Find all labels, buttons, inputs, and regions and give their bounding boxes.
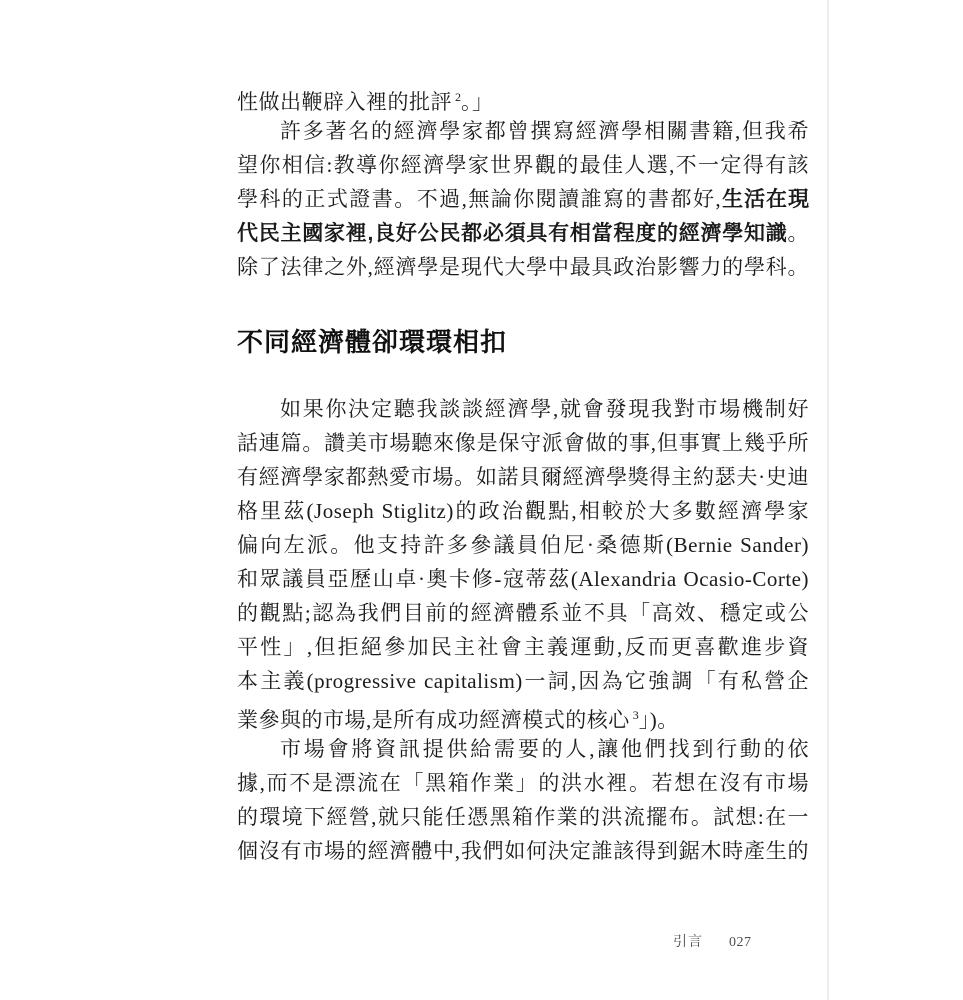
text-segment: 望你相信:教導你經濟學家世界觀的最佳人選,不一定得有該	[237, 153, 809, 177]
text-segment: 。	[788, 221, 810, 245]
text-segment: 據,而不是漂流在「黑箱作業」的洪水裡。若想在沒有市場	[237, 771, 809, 795]
paragraph: 市場會將資訊提供給需要的人,讓他們找到行動的依據,而不是漂流在「黑箱作業」的洪水…	[237, 732, 809, 868]
text-segment: 市場會將資訊提供給需要的人,讓他們找到行動的依	[280, 737, 809, 761]
text-line: 除了法律之外,經濟學是現代大學中最具政治影響力的學科。	[237, 250, 809, 284]
text-line: 學科的正式證書。不過,無論你閱讀誰寫的書都好,生活在現	[237, 182, 809, 216]
text-segment: 許多著名的經濟學家都曾撰寫經濟學相關書籍,但我希	[280, 119, 809, 143]
text-segment: 話連篇。讚美市場聽來像是保守派會做的事,但事實上幾乎所	[237, 431, 809, 455]
text-line: 本主義(progressive capitalism)一詞,因為它強調「有私營企	[237, 664, 809, 698]
text-segment: 除了法律之外,經濟學是現代大學中最具政治影響力的學科。	[237, 255, 809, 279]
text-line: 話連篇。讚美市場聽來像是保守派會做的事,但事實上幾乎所	[237, 426, 809, 460]
text-line: 的觀點;認為我們目前的經濟體系並不具「高效、穩定或公	[237, 596, 809, 630]
emphasis-text: 代民主國家裡,良好公民都必須具有相當程度的經濟學知識	[237, 222, 788, 245]
text-segment: 的觀點;認為我們目前的經濟體系並不具「高效、穩定或公	[237, 601, 809, 625]
text-line: 代民主國家裡,良好公民都必須具有相當程度的經濟學知識。	[237, 216, 809, 250]
text-segment: 格里茲(Joseph Stiglitz)的政治觀點,相較於大多數經濟學家	[237, 499, 809, 523]
text-segment: 」)。	[639, 708, 679, 732]
text-line: 有經濟學家都熱愛市場。如諾貝爾經濟學獎得主約瑟夫·史迪	[237, 460, 809, 494]
text-line: 市場會將資訊提供給需要的人,讓他們找到行動的依	[237, 732, 809, 766]
text-line: 如果你決定聽我談談經濟學,就會發現我對市場機制好	[237, 392, 809, 426]
text-line: 的環境下經營,就只能任憑黑箱作業的洪流擺布。試想:在一	[237, 800, 809, 834]
text-segment: 學科的正式證書。不過,無論你閱讀誰寫的書都好,	[237, 187, 721, 211]
text-line: 平性」,但拒絕參加民主社會主義運動,反而更喜歡進步資	[237, 630, 809, 664]
text-segment: 。」	[461, 90, 494, 114]
footer-page-number: 027	[729, 935, 752, 951]
text-line: 偏向左派。他支持許多參議員伯尼·桑德斯(Bernie Sander)	[237, 528, 809, 562]
text-segment: 個沒有市場的經濟體中,我們如何決定誰該得到鋸木時產生的	[237, 839, 809, 863]
footer: 引言 027	[673, 931, 752, 951]
emphasis-text: 生活在現	[721, 188, 809, 211]
text-segment: 如果你決定聽我談談經濟學,就會發現我對市場機制好	[280, 397, 809, 421]
text-segment: 的環境下經營,就只能任憑黑箱作業的洪流擺布。試想:在一	[237, 805, 809, 829]
text-line: 許多著名的經濟學家都曾撰寫經濟學相關書籍,但我希	[237, 114, 809, 148]
paragraph: 如果你決定聽我談談經濟學,就會發現我對市場機制好話連篇。讚美市場聽來像是保守派會…	[237, 392, 809, 732]
text-segment: 業參與的市場,是所有成功經濟模式的核心	[237, 708, 630, 732]
text-line: 業參與的市場,是所有成功經濟模式的核心3」)。	[237, 698, 809, 732]
text-line: 性做出鞭辟入裡的批評2。」	[237, 80, 809, 114]
text-line: 格里茲(Joseph Stiglitz)的政治觀點,相較於大多數經濟學家	[237, 494, 809, 528]
text-segment: 偏向左派。他支持許多參議員伯尼·桑德斯(Bernie Sander)	[237, 533, 809, 557]
text-segment: 性做出鞭辟入裡的批評	[237, 90, 452, 114]
text-line: 和眾議員亞歷山卓·奧卡修-寇蒂茲(Alexandria Ocasio-Corte…	[237, 562, 809, 596]
text-line: 望你相信:教導你經濟學家世界觀的最佳人選,不一定得有該	[237, 148, 809, 182]
book-page: 性做出鞭辟入裡的批評2。」許多著名的經濟學家都曾撰寫經濟學相關書籍,但我希望你相…	[0, 0, 963, 1000]
text-segment: 本主義(progressive capitalism)一詞,因為它強調「有私營企	[237, 669, 809, 693]
text-segment: 有經濟學家都熱愛市場。如諾貝爾經濟學獎得主約瑟夫·史迪	[237, 465, 809, 489]
footer-section-label: 引言	[673, 931, 703, 951]
content: 性做出鞭辟入裡的批評2。」許多著名的經濟學家都曾撰寫經濟學相關書籍,但我希望你相…	[237, 80, 809, 868]
text-line: 個沒有市場的經濟體中,我們如何決定誰該得到鋸木時產生的	[237, 834, 809, 868]
text-segment: 和眾議員亞歷山卓·奧卡修-寇蒂茲(Alexandria Ocasio-Corte…	[237, 567, 809, 591]
paragraph: 許多著名的經濟學家都曾撰寫經濟學相關書籍,但我希望你相信:教導你經濟學家世界觀的…	[237, 114, 809, 284]
page-edge-line	[827, 0, 829, 1000]
text-line: 據,而不是漂流在「黑箱作業」的洪水裡。若想在沒有市場	[237, 766, 809, 800]
text-segment: 平性」,但拒絕參加民主社會主義運動,反而更喜歡進步資	[237, 635, 809, 659]
paragraph: 性做出鞭辟入裡的批評2。」	[237, 80, 809, 114]
section-heading: 不同經濟體卻環環相扣	[237, 324, 809, 360]
